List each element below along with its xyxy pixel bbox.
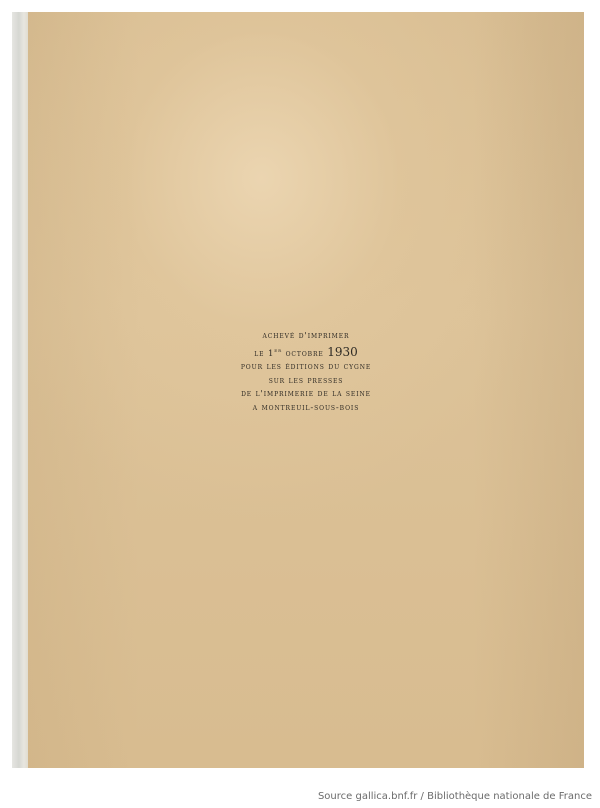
colophon: Achevé d'imprimer le 1er octobre 1930 po… [28, 330, 584, 415]
colophon-line-3: pour les éditions du cygne [28, 361, 584, 375]
source-attribution: Source gallica.bnf.fr / Bibliothèque nat… [318, 791, 592, 802]
colophon-line-1: Achevé d'imprimer [28, 330, 584, 344]
book-binding-edge [12, 12, 29, 768]
colophon-line-4: sur les presses [28, 375, 584, 389]
colophon-line-2: le 1er octobre 1930 [28, 344, 584, 361]
document-page: Achevé d'imprimer le 1er octobre 1930 po… [28, 12, 584, 768]
colophon-line-6: a montreuil-sous-bois [28, 402, 584, 416]
colophon-line-5: de l'imprimerie de la seine [28, 388, 584, 402]
